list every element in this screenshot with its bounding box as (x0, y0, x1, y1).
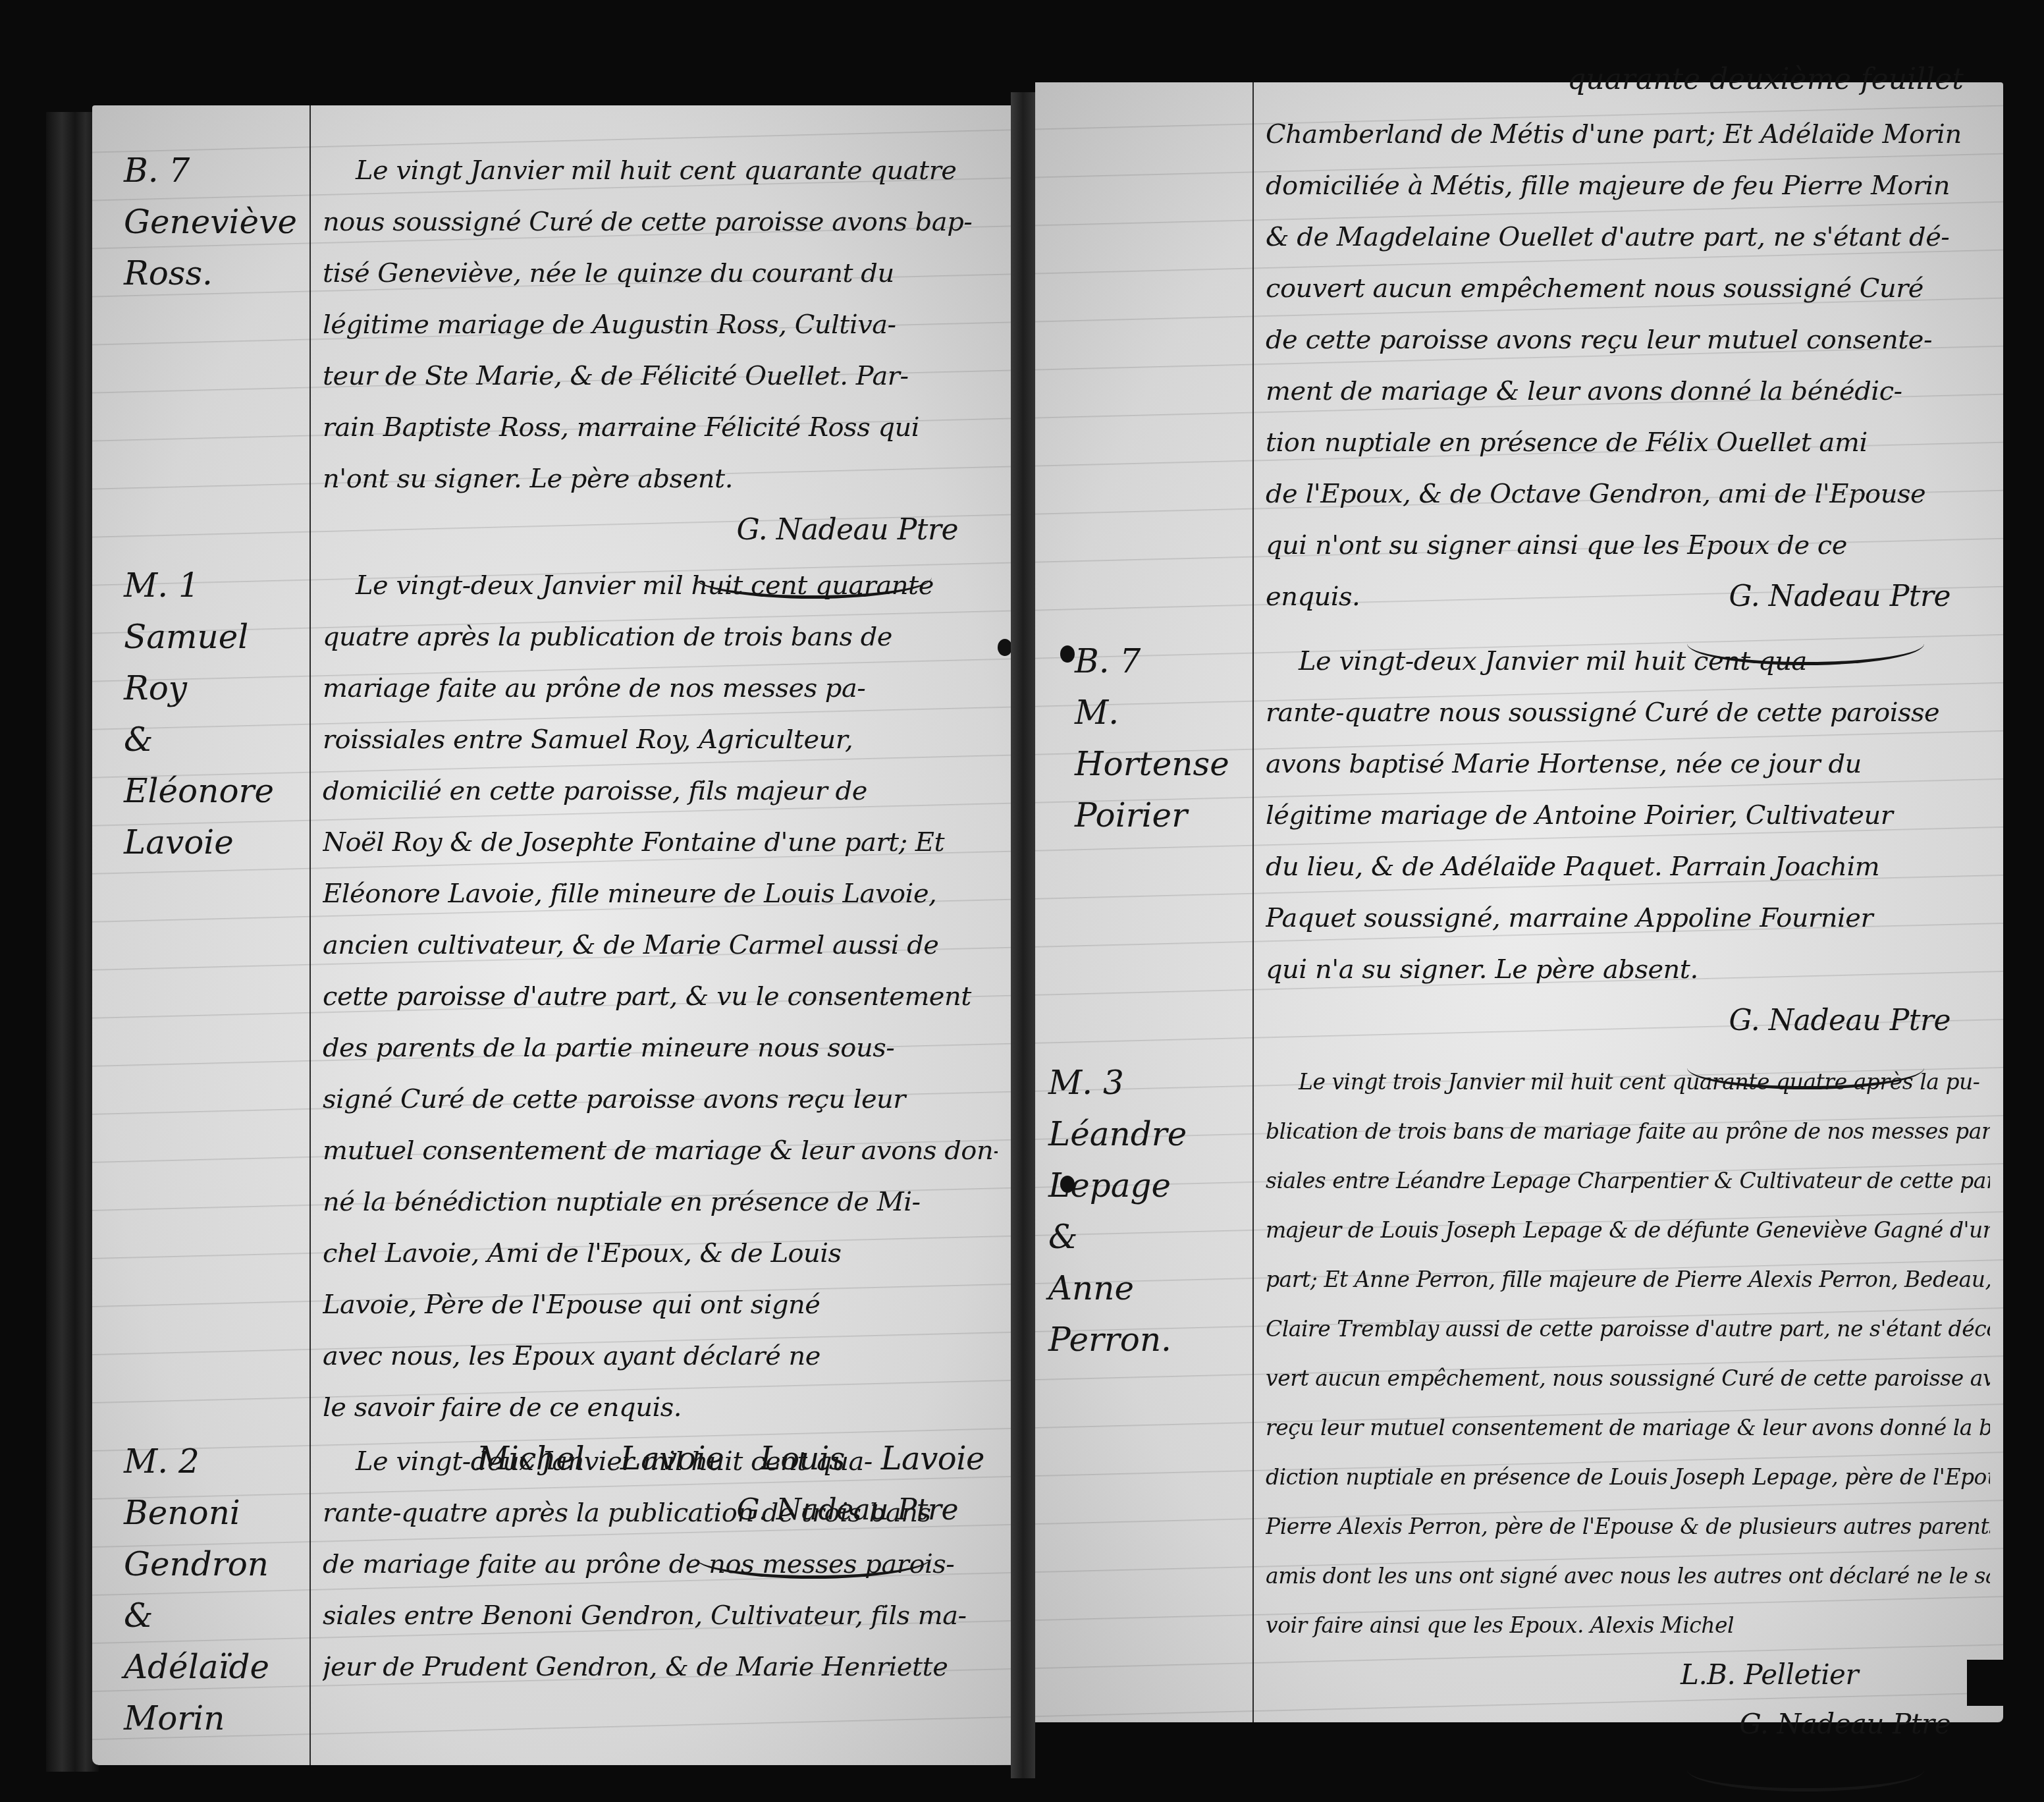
entry-line: tion nuptiale en présence de Félix Ouell… (1266, 417, 1990, 468)
entry-line: nous soussigné Curé de cette paroisse av… (323, 196, 998, 248)
entry-line: domicilié en cette paroisse, fils majeur… (323, 765, 998, 817)
margin-rule (309, 105, 311, 1765)
entry-line: part; Et Anne Perron, fille majeure de P… (1266, 1255, 1990, 1304)
entry-label-m3-lepage-perron: M. 3 Léandre Lepage & Anne Perron. (1048, 1057, 1246, 1365)
entry-line: n'ont su signer. Le père absent. (323, 453, 998, 505)
entry-line: Pierre Alexis Perron, père de l'Epouse &… (1266, 1502, 1990, 1551)
entry-line: reçu leur mutuel consentement de mariage… (1266, 1403, 1990, 1452)
entry-line: Le vingt-deux Janvier mil huit cent quar… (323, 560, 998, 611)
priest-signature: G. Nadeau Ptre (1266, 571, 1990, 622)
entry-marriage-lepage-perron: Le vingt trois Janvier mil huit cent qua… (1266, 1057, 1990, 1791)
entry-line: rain Baptiste Ross, marraine Félicité Ro… (323, 402, 998, 453)
entry-line: majeur de Louis Joseph Lepage & de défun… (1266, 1205, 1990, 1255)
entry-label-m2-gendron-morin: M. 2 Benoni Gendron & Adélaïde Morin (124, 1436, 303, 1744)
entry-line: roissiales entre Samuel Roy, Agriculteur… (323, 714, 998, 765)
left-body-column: Le vingt Janvier mil huit cent quarante … (323, 105, 998, 1765)
entry-baptism-genevieve-ross: Le vingt Janvier mil huit cent quarante … (323, 145, 998, 599)
entry-line: rante-quatre nous soussigné Curé de cett… (1266, 687, 1990, 738)
priest-signature: G. Nadeau Ptre (323, 505, 998, 556)
entry-line: siales entre Benoni Gendron, Cultivateur… (323, 1590, 998, 1641)
entry-label-b7-genevieve: B. 7 Geneviève Ross. (124, 145, 297, 299)
book-spine (1011, 92, 1035, 1778)
signature-flourish-icon (1687, 1749, 1924, 1791)
priest-signature: G. Nadeau Ptre (1266, 1699, 1990, 1749)
entry-line: chel Lavoie, Ami de l'Epoux, & de Louis (323, 1228, 998, 1279)
entry-line: Le vingt Janvier mil huit cent quarante … (323, 145, 998, 196)
entry-line: de l'Epoux, & de Octave Gendron, ami de … (1266, 468, 1990, 520)
entry-line: de cette paroisse avons reçu leur mutuel… (1266, 314, 1990, 366)
entry-marriage-continuation: Chamberland de Métis d'une part; Et Adél… (1266, 109, 1990, 665)
entry-line: légitime mariage de Antoine Poirier, Cul… (1266, 790, 1990, 841)
entry-line: des parents de la partie mineure nous so… (323, 1022, 998, 1074)
entry-line: jeur de Prudent Gendron, & de Marie Henr… (323, 1641, 998, 1693)
entry-line: du lieu, & de Adélaïde Paquet. Parrain J… (1266, 841, 1990, 892)
entry-line: teur de Ste Marie, & de Félicité Ouellet… (323, 350, 998, 402)
entry-marriage-roy-lavoie: Le vingt-deux Janvier mil huit cent quar… (323, 560, 998, 1579)
ink-blot (1060, 1176, 1075, 1193)
entry-line: cette paroisse d'autre part, & vu le con… (323, 971, 998, 1022)
entry-line: siales entre Léandre Lepage Charpentier … (1266, 1156, 1990, 1205)
entry-line: qui n'a su signer. Le père absent. (1266, 944, 1990, 995)
entry-line: amis dont les uns ont signé avec nous le… (1266, 1551, 1990, 1600)
right-page: B. 7 M. Hortense Poirier M. 3 Léandre Le… (1035, 82, 2003, 1722)
right-body-column: quarante deuxième feuillet Chamberland d… (1266, 82, 1990, 1722)
entry-line: Chamberland de Métis d'une part; Et Adél… (1266, 109, 1990, 160)
entry-line: tisé Geneviève, née le quinze du courant… (323, 248, 998, 299)
entry-marriage-gendron-morin: Le vingt-deux Janvier mil huit cent qua-… (323, 1436, 998, 1693)
entry-line: mariage faite au prône de nos messes pa- (323, 663, 998, 714)
witness-signature: L.B. Pelletier (1266, 1650, 1990, 1699)
entry-line: Le vingt-deux Janvier mil huit cent qua- (1266, 636, 1990, 687)
entry-line: vert aucun empêchement, nous soussigné C… (1266, 1353, 1990, 1403)
priest-signature: G. Nadeau Ptre (1266, 995, 1990, 1047)
entry-line: légitime mariage de Augustin Ross, Culti… (323, 299, 998, 350)
entry-line: avec nous, les Epoux ayant déclaré ne (323, 1330, 998, 1382)
ink-blot (998, 639, 1012, 656)
entry-label-m1-roy-lavoie: M. 1 Samuel Roy & Eléonore Lavoie (124, 560, 303, 868)
entry-line: le savoir faire de ce enquis. (323, 1382, 998, 1433)
entry-label-b7-hortense-poirier: B. 7 M. Hortense Poirier (1075, 636, 1246, 841)
ink-blot (1060, 645, 1075, 663)
folio-heading: quarante deuxième feuillet (1567, 63, 1964, 96)
entry-line: mutuel consentement de mariage & leur av… (323, 1125, 998, 1176)
entry-line: Le vingt-deux Janvier mil huit cent qua- (323, 1436, 998, 1487)
entry-line: signé Curé de cette paroisse avons reçu … (323, 1074, 998, 1125)
entry-line: Le vingt trois Janvier mil huit cent qua… (1266, 1057, 1990, 1106)
entry-line: avons baptisé Marie Hortense, née ce jou… (1266, 738, 1990, 790)
entry-line: Paquet soussigné, marraine Appoline Four… (1266, 892, 1990, 944)
entry-line: de mariage faite au prône de nos messes … (323, 1539, 998, 1590)
entry-line: & de Magdelaine Ouellet d'autre part, ne… (1266, 211, 1990, 263)
entry-line: diction nuptiale en présence de Louis Jo… (1266, 1452, 1990, 1502)
entry-line: voir faire ainsi que les Epoux. Alexis M… (1266, 1600, 1990, 1650)
margin-rule (1252, 82, 1254, 1722)
entry-line: ment de mariage & leur avons donné la bé… (1266, 366, 1990, 417)
book-cover-edge (46, 112, 99, 1772)
entry-line: quatre après la publication de trois ban… (323, 611, 998, 663)
entry-line: blication de trois bans de mariage faite… (1266, 1106, 1990, 1156)
entry-line: couvert aucun empêchement nous soussigné… (1266, 263, 1990, 314)
entry-line: Lavoie, Père de l'Epouse qui ont signé (323, 1279, 998, 1330)
entry-line: domiciliée à Métis, fille majeure de feu… (1266, 160, 1990, 211)
entry-line: Noël Roy & de Josephte Fontaine d'une pa… (323, 817, 998, 868)
entry-line: Eléonore Lavoie, fille mineure de Louis … (323, 868, 998, 919)
entry-line: né la bénédiction nuptiale en présence d… (323, 1176, 998, 1228)
entry-line: rante-quatre après la publication de tro… (323, 1487, 998, 1539)
entry-line: qui n'ont su signer ainsi que les Epoux … (1266, 520, 1990, 571)
entry-line: ancien cultivateur, & de Marie Carmel au… (323, 919, 998, 971)
entry-line: Claire Tremblay aussi de cette paroisse … (1266, 1304, 1990, 1353)
left-page: B. 7 Geneviève Ross. M. 1 Samuel Roy & E… (92, 105, 1011, 1765)
entry-baptism-hortense-poirier: Le vingt-deux Janvier mil huit cent qua-… (1266, 636, 1990, 1089)
